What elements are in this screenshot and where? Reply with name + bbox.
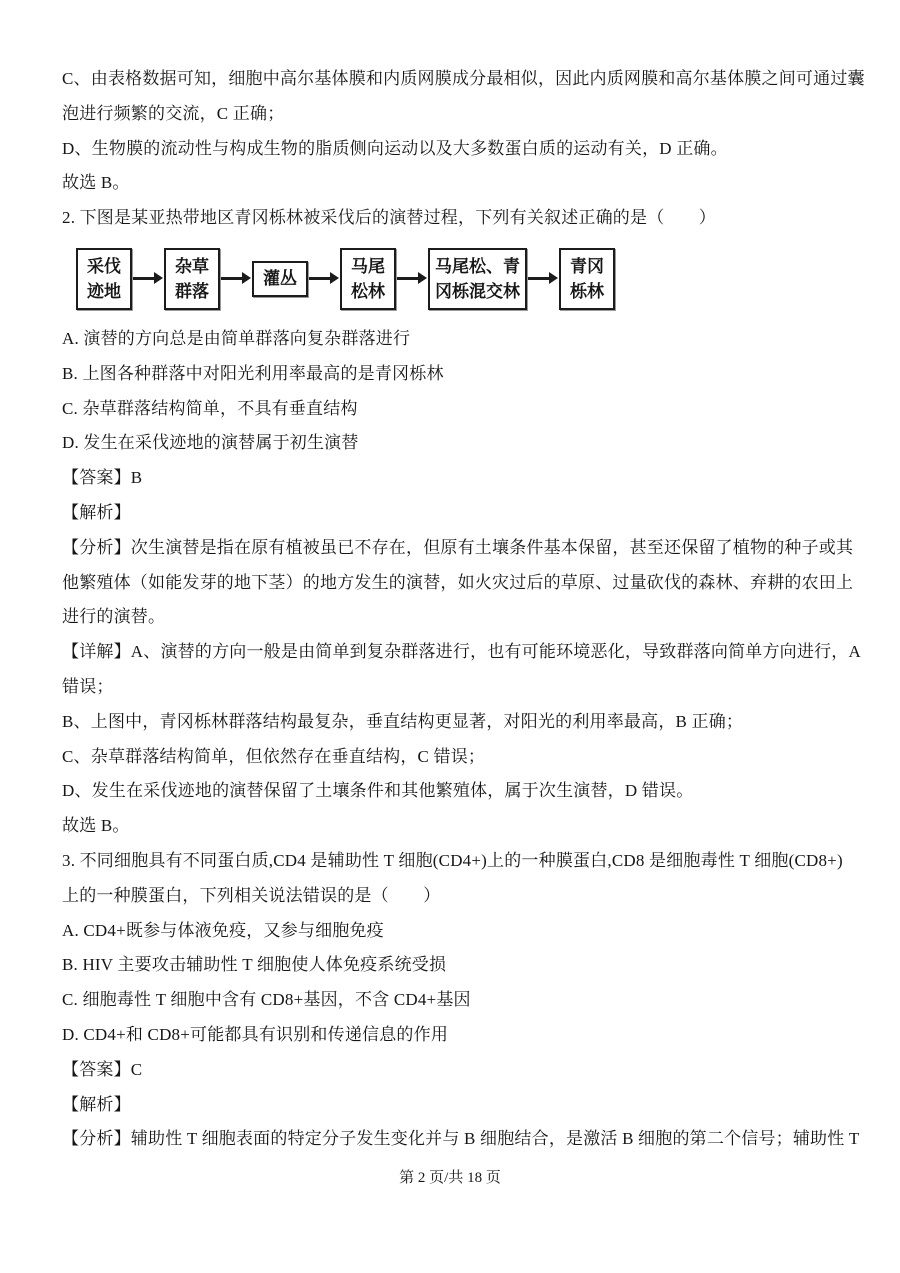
q3-answer: 【答案】C (62, 1053, 846, 1088)
q2-detail-line2: 错误； (62, 670, 846, 705)
q3-option-d: D. CD4+和 CD8+可能都具有识别和传递信息的作用 (62, 1018, 846, 1053)
arrow-right-icon (528, 272, 558, 285)
flowchart-stage-oak-forest: 青冈 栎林 (559, 248, 615, 310)
q3-option-c: C. 细胞毒性 T 细胞中含有 CD8+基因，不含 CD4+基因 (62, 983, 846, 1018)
stage-label-line: 迹地 (87, 279, 121, 304)
q2-option-b: B. 上图各种群落中对阳光利用率最高的是青冈栎林 (62, 357, 846, 392)
arrow-right-icon (133, 272, 163, 285)
stage-label-line: 栎林 (570, 279, 604, 304)
q2-analysis-line3: 进行的演替。 (62, 600, 846, 635)
stage-label-line: 马尾松、青 (435, 254, 520, 279)
q3-option-b: B. HIV 主要攻击辅助性 T 细胞使人体免疫系统受损 (62, 948, 846, 983)
q3-analysis-header: 【解析】 (62, 1088, 846, 1123)
q2-detail-line4: C、杂草群落结构简单，但依然存在垂直结构，C 错误； (62, 740, 846, 775)
stage-label-line: 冈栎混交林 (435, 279, 520, 304)
stage-label-line: 青冈 (570, 254, 604, 279)
stage-label-line: 采伐 (87, 254, 121, 279)
page-content: C、由表格数据可知，细胞中高尔基体膜和内质网膜成分最相似，因此内质网膜和高尔基体… (0, 0, 900, 1157)
q3-analysis-line1: 【分析】辅助性 T 细胞表面的特定分子发生变化并与 B 细胞结合，是激活 B 细… (62, 1122, 846, 1157)
page-footer: 第 2 页/共 18 页 (0, 1166, 900, 1187)
stage-label-line: 松林 (351, 279, 385, 304)
flowchart-stage-masson-pine-forest: 马尾 松林 (340, 248, 396, 310)
flowchart-stage-mixed-forest: 马尾松、青 冈栎混交林 (428, 248, 527, 310)
q1-explanation-c-line2: 泡进行频繁的交流，C 正确； (62, 97, 846, 132)
q2-analysis-header: 【解析】 (62, 496, 846, 531)
flowchart-stage-cutover-land: 采伐 迹地 (76, 248, 132, 310)
stage-label-line: 灌丛 (263, 266, 297, 291)
flowchart-stage-weed-community: 杂草 群落 (164, 248, 220, 310)
arrow-right-icon (309, 272, 339, 285)
q1-explanation-c-line1: C、由表格数据可知，细胞中高尔基体膜和内质网膜成分最相似，因此内质网膜和高尔基体… (62, 62, 846, 97)
q2-option-d: D. 发生在采伐迹地的演替属于初生演替 (62, 426, 846, 461)
arrow-right-icon (397, 272, 427, 285)
q1-conclusion: 故选 B。 (62, 166, 846, 201)
q2-detail-line1: 【详解】A、演替的方向一般是由简单到复杂群落进行，也有可能环境恶化，导致群落向简… (62, 635, 846, 670)
q2-detail-line5: D、发生在采伐迹地的演替保留了土壤条件和其他繁殖体，属于次生演替，D 错误。 (62, 774, 846, 809)
q3-option-a: A. CD4+既参与体液免疫，又参与细胞免疫 (62, 914, 846, 949)
stage-label-line: 马尾 (351, 254, 385, 279)
succession-flowchart: 采伐 迹地 杂草 群落 灌丛 马尾 松林 马尾松、青 冈栎混交林 (76, 246, 846, 312)
stage-label-line: 群落 (175, 279, 209, 304)
flowchart-stage-shrubs: 灌丛 (252, 261, 308, 297)
q2-option-c: C. 杂草群落结构简单，不具有垂直结构 (62, 392, 846, 427)
q2-answer: 【答案】B (62, 461, 846, 496)
q2-detail-line3: B、上图中，青冈栎林群落结构最复杂，垂直结构更显著，对阳光的利用率最高，B 正确… (62, 705, 846, 740)
q3-stem-line2: 上的一种膜蛋白，下列相关说法错误的是（ ） (62, 879, 846, 914)
q2-stem: 2. 下图是某亚热带地区青冈栎林被采伐后的演替过程，下列有关叙述正确的是（ ） (62, 201, 846, 236)
q2-conclusion: 故选 B。 (62, 809, 846, 844)
q1-explanation-d-line: D、生物膜的流动性与构成生物的脂质侧向运动以及大多数蛋白质的运动有关，D 正确。 (62, 132, 846, 167)
arrow-right-icon (221, 272, 251, 285)
q2-option-a: A. 演替的方向总是由简单群落向复杂群落进行 (62, 322, 846, 357)
q2-analysis-line1: 【分析】次生演替是指在原有植被虽已不存在，但原有土壤条件基本保留，甚至还保留了植… (62, 531, 846, 566)
stage-label-line: 杂草 (175, 254, 209, 279)
q2-analysis-line2: 他繁殖体（如能发芽的地下茎）的地方发生的演替，如火灾过后的草原、过量砍伐的森林、… (62, 566, 846, 601)
q3-stem-line1: 3. 不同细胞具有不同蛋白质,CD4 是辅助性 T 细胞(CD4+)上的一种膜蛋… (62, 844, 846, 879)
exam-answer-page: C、由表格数据可知，细胞中高尔基体膜和内质网膜成分最相似，因此内质网膜和高尔基体… (0, 0, 900, 1273)
